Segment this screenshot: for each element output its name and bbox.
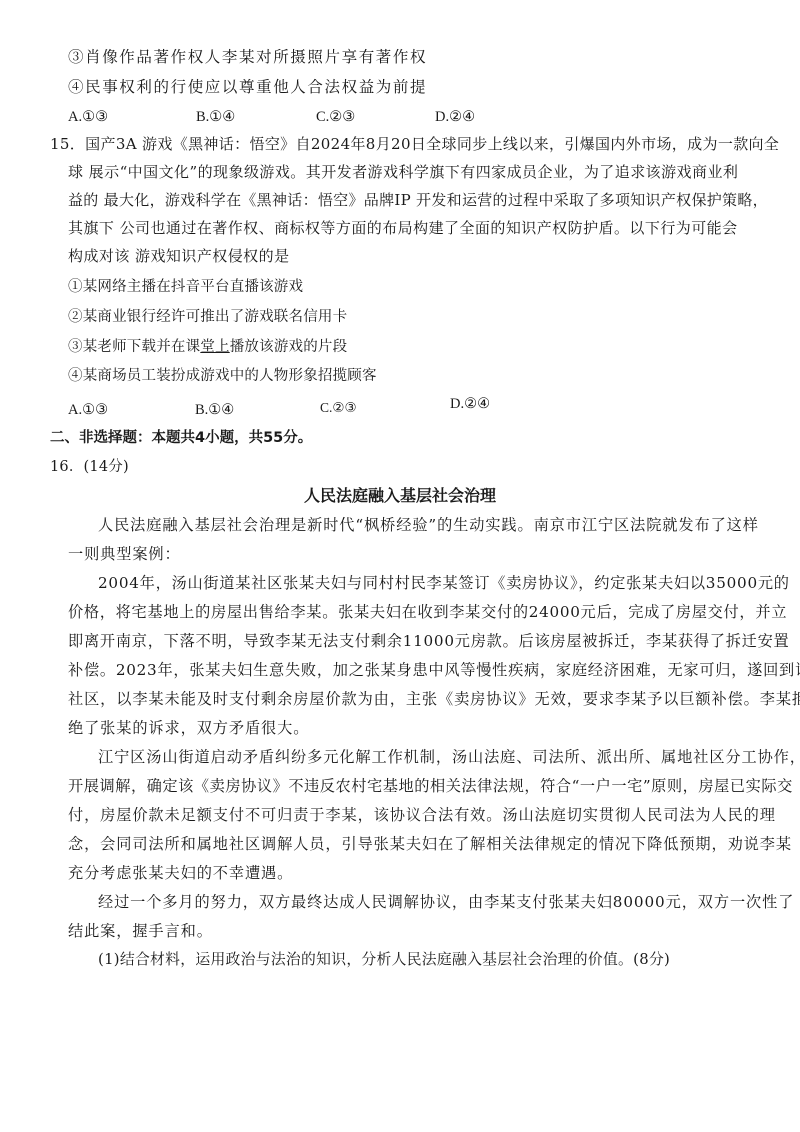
- q16-para1-line: 价格，将宅基地上的房屋出售给李某。张某夫妇在收到李某交付的24000元后，完成了…: [68, 602, 787, 622]
- q15-option-d[interactable]: D.②④: [450, 394, 490, 414]
- q16-para2-line: 充分考虑张某夫妇的不幸遭遇。: [68, 863, 293, 883]
- q15-statement-3-pre: ③某老师下载并在课: [68, 339, 200, 355]
- q15-option-b[interactable]: B.①④: [195, 400, 234, 420]
- q15-option-a[interactable]: A.①③: [68, 400, 108, 420]
- section-heading: 二、非选择题：本题共4小题，共55分。: [50, 428, 312, 448]
- q14-option-c[interactable]: C.②③: [316, 107, 355, 127]
- q16-para3-line: 经过一个多月的努力，双方最终达成人民调解协议，由李某支付张某夫妇80000元，双…: [98, 892, 794, 912]
- q16-para1-line: 2004年，汤山街道某社区张某夫妇与同村村民李某签订《卖房协议》，约定张某夫妇以…: [98, 573, 790, 593]
- q16-intro-line: 一则典型案例：: [68, 544, 181, 564]
- q16-para1-line: 绝了张某的诉求，双方矛盾很大。: [68, 718, 309, 738]
- q16-para3-line: 结此案，握手言和。: [68, 921, 213, 941]
- q16-para1-line: 即离开南京，下落不明，导致李某无法支付剩余11000元房款。后该房屋被拆迁，李某…: [68, 631, 789, 651]
- q15-stem-line: 益的 最大化，游戏科学在《黑神话：悟空》品牌IP 开发和运营的过程中采取了多项知…: [68, 190, 768, 210]
- q16-para1-line: 补偿。2023年，张某夫妇生意失败，加之张某身患中风等慢性疾病，家庭经济困难，无…: [68, 660, 800, 680]
- q15-stem-line: 其旗下 公司也通过在著作权、商标权等方面的布局构建了全面的知识产权防护盾。以下行…: [68, 218, 738, 238]
- q14-statement-3: ③肖像作品著作权人李某对所摄照片享有著作权: [68, 47, 427, 67]
- q15-statement-3-post: 播放该游戏的片段: [230, 339, 348, 355]
- q16-para2-line: 开展调解，确定该《卖房协议》不违反农村宅基地的相关法律法规，符合“一户一宅”原则…: [68, 776, 793, 796]
- q15-stem-line: 15．国产3A 游戏《黑神话：悟空》自2024年8月20日全球同步上线以来，引爆…: [50, 134, 779, 154]
- q15-statement-4: ④某商场员工装扮成游戏中的人物形象招揽顾客: [68, 366, 377, 386]
- q16-para2-line: 付，房屋价款未足额支付不可归责于李某，该协议合法有效。汤山法庭切实贯彻人民司法为…: [68, 805, 776, 825]
- q16-material-title: 人民法庭融入基层社会治理: [0, 486, 800, 506]
- q15-stem-line: 球 展示“中国文化”的现象级游戏。其开发者游戏科学旗下有四家成员企业，为了追求该…: [68, 162, 738, 182]
- q15-stem-line: 构成对该 游戏知识产权侵权的是: [68, 246, 290, 266]
- q14-option-b[interactable]: B.①④: [196, 107, 235, 127]
- q14-option-a[interactable]: A.①③: [68, 107, 108, 127]
- q15-option-c[interactable]: C.②③: [320, 398, 357, 418]
- q16-subquestion-1: (1)结合材料，运用政治与法治的知识，分析人民法庭融入基层社会治理的价值。(8分…: [98, 950, 670, 970]
- q15-statement-3: ③某老师下载并在课堂上播放该游戏的片段: [68, 337, 347, 357]
- q15-statement-1: ①某网络主播在抖音平台直播该游戏: [68, 277, 303, 297]
- q16-para2-line: 江宁区汤山街道启动矛盾纠纷多元化解工作机制，汤山法庭、司法所、派出所、属地社区分…: [98, 747, 800, 767]
- q15-statement-3-underlined: 堂上: [200, 339, 229, 355]
- q16-label: 16．(14分): [50, 457, 129, 477]
- q16-intro-line: 人民法庭融入基层社会治理是新时代“枫桥经验”的生动实践。南京市江宁区法院就发布了…: [98, 515, 759, 535]
- q16-para2-line: 念，会同司法所和属地社区调解人员，引导张某夫妇在了解相关法律规定的情况下降低预期…: [68, 834, 792, 854]
- q15-statement-2: ②某商业银行经许可推出了游戏联名信用卡: [68, 307, 347, 327]
- q16-para1-line: 社区，以李某未能及时支付剩余房屋价款为由，主张《卖房协议》无效，要求李某予以巨额…: [68, 689, 800, 709]
- q14-statement-4: ④民事权利的行使应以尊重他人合法权益为前提: [68, 77, 427, 97]
- q14-option-d[interactable]: D.②④: [435, 107, 475, 127]
